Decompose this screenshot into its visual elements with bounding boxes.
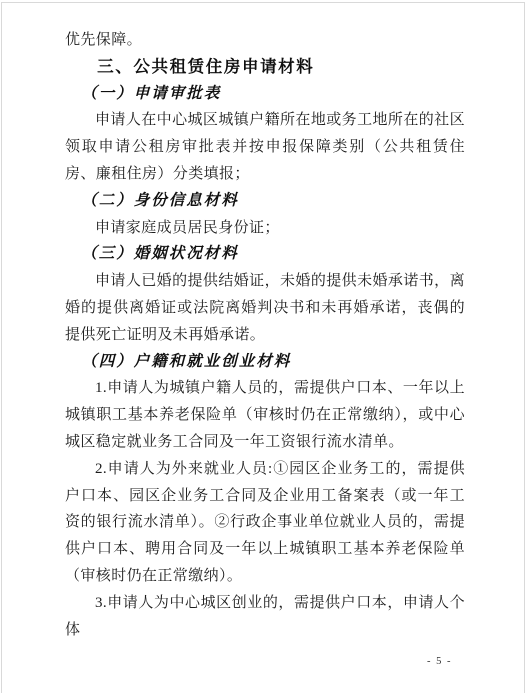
paragraph: 优先保障。 [65,27,465,54]
paragraph: 3.申请人为中心城区创业的，需提供户口本，申请人个体 [65,590,465,644]
section-heading: 三、公共租赁住房申请材料 [65,54,465,81]
subsection-heading: （一）申请审批表 [65,81,465,108]
paragraph: 申请人已婚的提供结婚证，未婚的提供未婚承诺书，离婚的提供离婚证或法院离婚判决书和… [65,268,465,348]
subsection-heading: （二）身份信息材料 [65,188,465,215]
paragraph: 申请人在中心城区城镇户籍所在地或务工地所在的社区领取申请公租房审批表并按申报保障… [65,107,465,187]
page-number: - 5 - [427,656,452,667]
subsection-heading: （四）户籍和就业创业材料 [65,349,465,376]
paragraph: 1.申请人为城镇户籍人员的，需提供户口本、一年以上城镇职工基本养老保险单（审核时… [65,375,465,455]
document-page: 优先保障。三、公共租赁住房申请材料（一）申请审批表申请人在中心城区城镇户籍所在地… [1,2,525,693]
subsection-heading: （三）婚姻状况材料 [65,241,465,268]
paragraph: 申请家庭成员居民身份证； [65,215,465,242]
document-body: 优先保障。三、公共租赁住房申请材料（一）申请审批表申请人在中心城区城镇户籍所在地… [65,27,465,643]
paragraph: 2.申请人为外来就业人员:①园区企业务工的，需提供户口本、园区企业务工合同及企业… [65,456,465,590]
